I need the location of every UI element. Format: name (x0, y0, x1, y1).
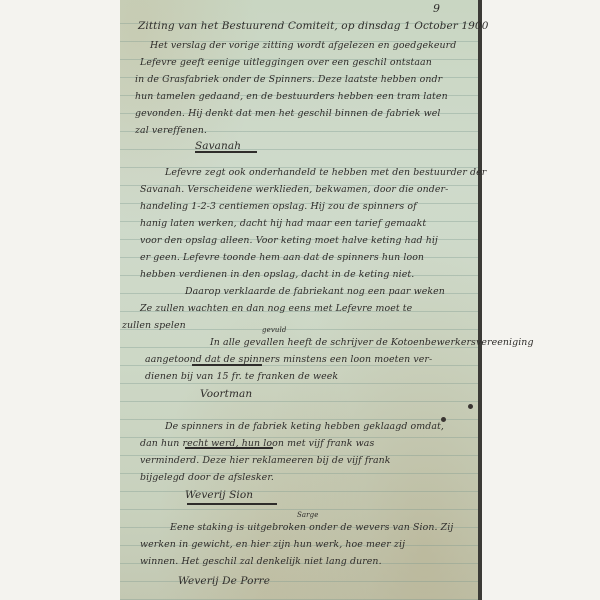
manuscript-line: Eene staking is uitgebroken onder de wev… (170, 522, 453, 533)
interlinear-note: Sarge (297, 511, 318, 519)
section-divider (195, 151, 257, 153)
section-title: Voortman (200, 388, 252, 400)
ink-blot (468, 404, 473, 409)
manuscript-line: Ze zullen wachten en dan nog eens met Le… (140, 303, 412, 314)
manuscript-line: handeling 1-2-3 centiemen opslag. Hij zo… (140, 201, 417, 212)
page-heading: Zitting van het Bestuurend Comiteit, op … (138, 20, 489, 32)
manuscript-line: winnen. Het geschil zal denkelijk niet l… (140, 556, 382, 567)
manuscript-line: zal vereffenen. (135, 125, 207, 136)
manuscript-line: dienen bij van 15 fr. te franken de week (145, 371, 338, 382)
manuscript-line: hanig laten werken, dacht hij had maar e… (140, 218, 426, 229)
manuscript-line: zullen spelen (122, 320, 186, 331)
page-binding-edge (478, 0, 482, 600)
section-divider (192, 364, 262, 366)
ink-blot (441, 417, 446, 422)
manuscript-line: De spinners in de fabriek keting hebben … (165, 421, 444, 432)
manuscript-line: bijgelegd door de afslesker. (140, 472, 274, 483)
manuscript-line: er geen. Lefevre toonde hem aan dat de s… (140, 252, 424, 263)
manuscript-line: hebben verdienen in den opslag, dacht in… (140, 269, 414, 280)
manuscript-line: Lefevre geeft eenige uitleggingen over e… (140, 57, 432, 68)
manuscript-page (120, 0, 478, 600)
manuscript-line: in de Grasfabriek onder de Spinners. Dez… (135, 74, 442, 85)
manuscript-line: werken in gewicht, en hier zijn hun werk… (140, 539, 405, 550)
manuscript-line: aangetoond dat de spinners minstens een … (145, 354, 432, 365)
section-divider (187, 503, 277, 505)
manuscript-line: Savanah. Verscheidene werklieden, bekwam… (140, 184, 448, 195)
section-title: Weverij Sion (185, 489, 253, 501)
manuscript-line: Lefevre zegt ook onderhandeld te hebben … (165, 167, 486, 178)
ruled-lines (120, 0, 478, 600)
section-title: Weverij De Porre (178, 575, 270, 587)
section-divider (185, 447, 273, 449)
manuscript-line: voor den opslag alleen. Voor keting moet… (140, 235, 438, 246)
page-number: 9 (433, 2, 440, 15)
interlinear-note: gevuld (262, 326, 286, 334)
manuscript-line: Daarop verklaarde de fabriekant nog een … (185, 286, 445, 297)
manuscript-line: Het verslag der vorige zitting wordt afg… (150, 40, 456, 51)
manuscript-line: verminderd. Deze hier reklameeren bij de… (140, 455, 391, 466)
manuscript-line: In alle gevallen heeft de schrijver de K… (210, 337, 534, 348)
manuscript-line: gevonden. Hij denkt dat men het geschil … (135, 108, 441, 119)
manuscript-line: hun tamelen gedaand, en de bestuurders h… (135, 91, 448, 102)
